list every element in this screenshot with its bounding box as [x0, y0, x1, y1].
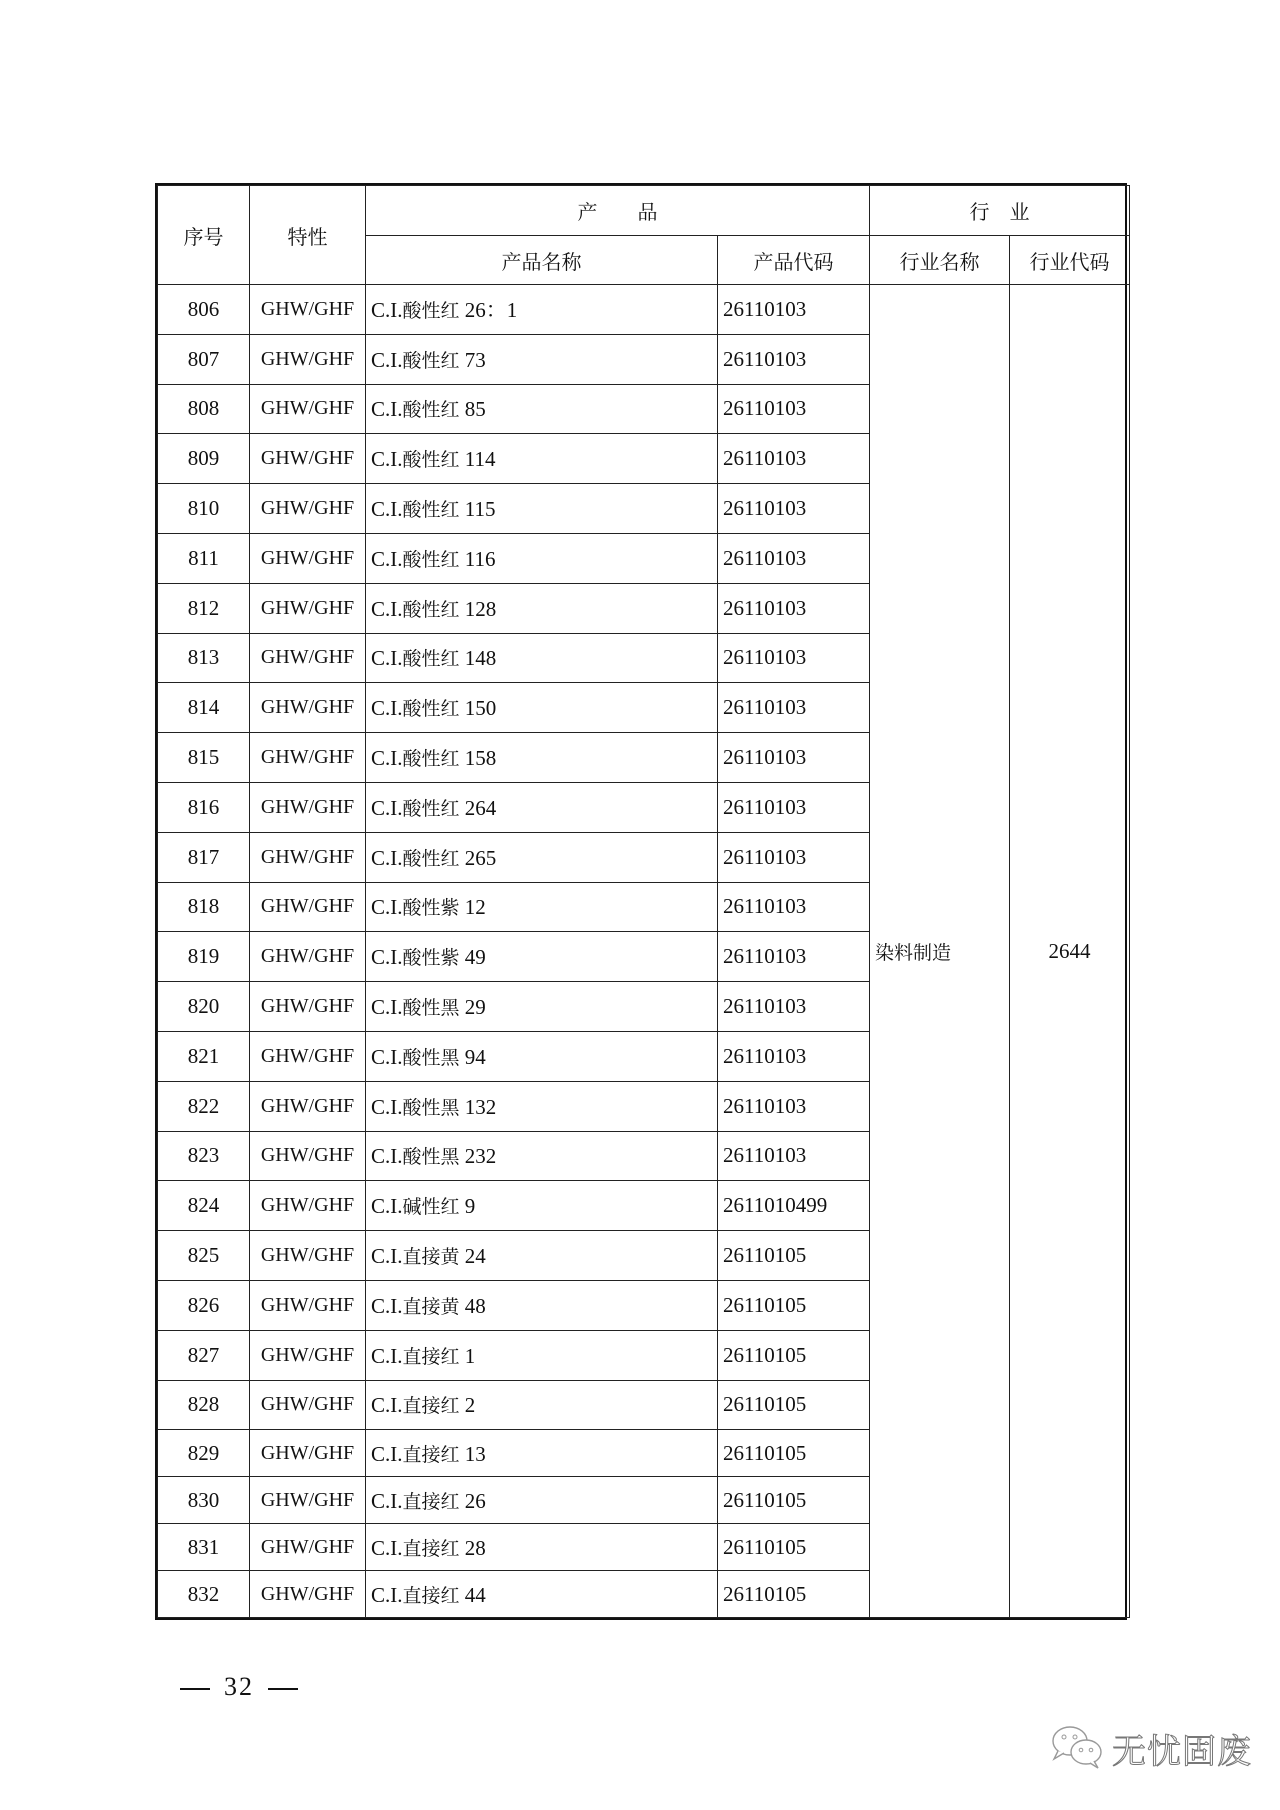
name-prefix: C.I. — [371, 1045, 403, 1069]
cell-seq: 810 — [158, 484, 250, 534]
cell-property: GHW/GHF — [250, 434, 366, 484]
cell-product-name: C.I.酸性黑 132 — [366, 1081, 718, 1131]
name-suffix: 26：1 — [460, 298, 518, 322]
cell-product-name: C.I.直接红 2 — [366, 1380, 718, 1430]
name-prefix: C.I. — [371, 1294, 403, 1318]
cell-product-name: C.I.酸性红 158 — [366, 733, 718, 783]
name-cn: 酸性红 — [403, 499, 460, 521]
cell-property: GHW/GHF — [250, 633, 366, 683]
cell-product-code: 26110105 — [718, 1231, 870, 1281]
name-suffix: 49 — [460, 945, 486, 969]
cell-seq: 829 — [158, 1430, 250, 1477]
cell-product-name: C.I.直接红 13 — [366, 1430, 718, 1477]
cell-seq: 822 — [158, 1081, 250, 1131]
cell-seq: 827 — [158, 1330, 250, 1380]
cell-property: GHW/GHF — [250, 285, 366, 335]
cell-product-name: C.I.酸性红 114 — [366, 434, 718, 484]
cell-property: GHW/GHF — [250, 1571, 366, 1618]
name-cn: 直接红 — [403, 1395, 460, 1417]
cell-product-name: C.I.酸性红 150 — [366, 683, 718, 733]
cell-property: GHW/GHF — [250, 384, 366, 434]
name-suffix: 28 — [460, 1536, 486, 1560]
cell-seq: 806 — [158, 285, 250, 335]
cell-product-name: C.I.酸性紫 49 — [366, 932, 718, 982]
name-suffix: 116 — [460, 547, 496, 571]
name-cn: 酸性紫 — [403, 947, 460, 969]
name-prefix: C.I. — [371, 1344, 403, 1368]
cell-property: GHW/GHF — [250, 882, 366, 932]
name-cn: 直接红 — [403, 1491, 460, 1513]
name-prefix: C.I. — [371, 995, 403, 1019]
name-suffix: 73 — [460, 348, 486, 372]
cell-product-name: C.I.酸性红 116 — [366, 533, 718, 583]
cell-seq: 830 — [158, 1477, 250, 1524]
cell-seq: 831 — [158, 1524, 250, 1571]
name-prefix: C.I. — [371, 1489, 403, 1513]
cell-product-name: C.I.酸性红 26：1 — [366, 285, 718, 335]
name-cn: 酸性黑 — [403, 1047, 460, 1069]
cell-property: GHW/GHF — [250, 1330, 366, 1380]
cell-product-code: 26110103 — [718, 1081, 870, 1131]
header-product-name: 产品名称 — [366, 236, 718, 285]
cell-seq: 811 — [158, 533, 250, 583]
name-prefix: C.I. — [371, 1536, 403, 1560]
name-suffix: 265 — [460, 846, 497, 870]
cell-product-code: 26110103 — [718, 733, 870, 783]
name-prefix: C.I. — [371, 796, 403, 820]
cell-seq: 826 — [158, 1280, 250, 1330]
cell-product-name: C.I.酸性红 264 — [366, 782, 718, 832]
cell-product-name: C.I.直接黄 48 — [366, 1280, 718, 1330]
cell-product-code: 26110103 — [718, 932, 870, 982]
name-suffix: 44 — [460, 1583, 486, 1607]
waste-product-table: 序号 特性 产 品 行 业 产品名称 产品代码 行业名称 行业代码 806GHW… — [155, 183, 1127, 1620]
name-cn: 酸性红 — [403, 748, 460, 770]
cell-product-code: 26110103 — [718, 982, 870, 1032]
cell-property: GHW/GHF — [250, 782, 366, 832]
name-suffix: 12 — [460, 895, 486, 919]
page-number-text: 32 — [224, 1672, 254, 1701]
cell-product-code: 26110103 — [718, 1131, 870, 1181]
cell-property: GHW/GHF — [250, 832, 366, 882]
header-property: 特性 — [250, 186, 366, 285]
name-prefix: C.I. — [371, 1244, 403, 1268]
cell-product-code: 26110103 — [718, 1031, 870, 1081]
cell-property: GHW/GHF — [250, 1380, 366, 1430]
header-product-code: 产品代码 — [718, 236, 870, 285]
name-suffix: 13 — [460, 1442, 486, 1466]
cell-product-name: C.I.酸性红 85 — [366, 384, 718, 434]
name-cn: 直接红 — [403, 1585, 460, 1607]
cell-property: GHW/GHF — [250, 1081, 366, 1131]
name-cn: 酸性红 — [403, 648, 460, 670]
name-suffix: 48 — [460, 1294, 486, 1318]
name-suffix: 132 — [460, 1095, 497, 1119]
cell-seq: 816 — [158, 782, 250, 832]
watermark: 无忧固废 — [1050, 1722, 1252, 1774]
name-cn: 酸性红 — [403, 399, 460, 421]
name-cn: 酸性红 — [403, 698, 460, 720]
cell-product-code: 26110103 — [718, 434, 870, 484]
name-suffix: 264 — [460, 796, 497, 820]
name-prefix: C.I. — [371, 1583, 403, 1607]
cell-product-name: C.I.酸性黑 29 — [366, 982, 718, 1032]
cell-product-code: 26110105 — [718, 1571, 870, 1618]
cell-product-code: 26110103 — [718, 533, 870, 583]
header-industry-name: 行业名称 — [870, 236, 1010, 285]
cell-product-code: 26110103 — [718, 882, 870, 932]
name-prefix: C.I. — [371, 945, 403, 969]
name-prefix: C.I. — [371, 846, 403, 870]
name-prefix: C.I. — [371, 746, 403, 770]
cell-product-name: C.I.酸性红 73 — [366, 334, 718, 384]
name-suffix: 94 — [460, 1045, 486, 1069]
table-body: 806GHW/GHFC.I.酸性红 26：126110103染料制造264480… — [158, 285, 1130, 1618]
name-suffix: 128 — [460, 597, 497, 621]
cell-property: GHW/GHF — [250, 1430, 366, 1477]
name-cn: 酸性红 — [403, 449, 460, 471]
cell-seq: 832 — [158, 1571, 250, 1618]
name-cn: 酸性红 — [403, 599, 460, 621]
table-row: 806GHW/GHFC.I.酸性红 26：126110103染料制造2644 — [158, 285, 1130, 335]
name-suffix: 232 — [460, 1144, 497, 1168]
cell-seq: 808 — [158, 384, 250, 434]
wechat-icon — [1050, 1724, 1106, 1772]
name-cn: 酸性黑 — [403, 1146, 460, 1168]
cell-seq: 818 — [158, 882, 250, 932]
cell-industry-name: 染料制造 — [870, 285, 1010, 1618]
cell-product-code: 26110105 — [718, 1430, 870, 1477]
cell-product-code: 26110103 — [718, 633, 870, 683]
name-cn: 酸性红 — [403, 300, 460, 322]
name-cn: 酸性黑 — [403, 1097, 460, 1119]
cell-product-name: C.I.直接黄 24 — [366, 1231, 718, 1281]
name-suffix: 85 — [460, 397, 486, 421]
name-prefix: C.I. — [371, 1095, 403, 1119]
cell-seq: 824 — [158, 1181, 250, 1231]
name-cn: 直接红 — [403, 1538, 460, 1560]
cell-product-code: 26110105 — [718, 1280, 870, 1330]
name-prefix: C.I. — [371, 1442, 403, 1466]
name-cn: 直接红 — [403, 1444, 460, 1466]
cell-product-name: C.I.酸性黑 232 — [366, 1131, 718, 1181]
name-prefix: C.I. — [371, 348, 403, 372]
cell-property: GHW/GHF — [250, 1031, 366, 1081]
cell-property: GHW/GHF — [250, 683, 366, 733]
name-suffix: 115 — [460, 497, 496, 521]
cell-seq: 828 — [158, 1380, 250, 1430]
name-cn: 直接红 — [403, 1346, 460, 1368]
cell-product-code: 26110103 — [718, 832, 870, 882]
name-suffix: 26 — [460, 1489, 486, 1513]
name-suffix: 24 — [460, 1244, 486, 1268]
cell-seq: 819 — [158, 932, 250, 982]
cell-property: GHW/GHF — [250, 1231, 366, 1281]
name-prefix: C.I. — [371, 547, 403, 571]
header-seq: 序号 — [158, 186, 250, 285]
cell-property: GHW/GHF — [250, 1181, 366, 1231]
cell-product-code: 26110103 — [718, 484, 870, 534]
cell-seq: 820 — [158, 982, 250, 1032]
cell-product-name: C.I.酸性红 115 — [366, 484, 718, 534]
name-suffix: 9 — [460, 1194, 476, 1218]
cell-seq: 807 — [158, 334, 250, 384]
cell-product-code: 26110105 — [718, 1477, 870, 1524]
cell-property: GHW/GHF — [250, 733, 366, 783]
cell-property: GHW/GHF — [250, 1477, 366, 1524]
cell-product-name: C.I.直接红 28 — [366, 1524, 718, 1571]
cell-product-name: C.I.酸性红 148 — [366, 633, 718, 683]
name-prefix: C.I. — [371, 497, 403, 521]
name-prefix: C.I. — [371, 1144, 403, 1168]
cell-product-code: 26110103 — [718, 334, 870, 384]
name-prefix: C.I. — [371, 696, 403, 720]
name-suffix: 158 — [460, 746, 497, 770]
cell-seq: 825 — [158, 1231, 250, 1281]
name-prefix: C.I. — [371, 1194, 403, 1218]
cell-property: GHW/GHF — [250, 1131, 366, 1181]
header-industry-code: 行业代码 — [1010, 236, 1130, 285]
name-cn: 酸性黑 — [403, 997, 460, 1019]
cell-product-code: 26110103 — [718, 583, 870, 633]
cell-product-code: 26110103 — [718, 384, 870, 434]
cell-property: GHW/GHF — [250, 583, 366, 633]
watermark-text: 无忧固废 — [1112, 1724, 1252, 1773]
cell-industry-code: 2644 — [1010, 285, 1130, 1618]
cell-property: GHW/GHF — [250, 533, 366, 583]
name-cn: 酸性红 — [403, 848, 460, 870]
cell-product-code: 26110105 — [718, 1380, 870, 1430]
cell-product-code: 26110105 — [718, 1330, 870, 1380]
name-cn: 酸性红 — [403, 798, 460, 820]
name-prefix: C.I. — [371, 1393, 403, 1417]
name-cn: 酸性紫 — [403, 897, 460, 919]
name-cn: 直接黄 — [403, 1246, 460, 1268]
cell-product-code: 26110103 — [718, 782, 870, 832]
name-prefix: C.I. — [371, 597, 403, 621]
cell-property: GHW/GHF — [250, 932, 366, 982]
cell-product-name: C.I.酸性黑 94 — [366, 1031, 718, 1081]
dash-left — [180, 1688, 210, 1690]
name-suffix: 148 — [460, 646, 497, 670]
cell-product-name: C.I.碱性红 9 — [366, 1181, 718, 1231]
cell-product-name: C.I.酸性红 265 — [366, 832, 718, 882]
name-prefix: C.I. — [371, 447, 403, 471]
cell-property: GHW/GHF — [250, 982, 366, 1032]
cell-seq: 809 — [158, 434, 250, 484]
name-suffix: 29 — [460, 995, 486, 1019]
cell-seq: 814 — [158, 683, 250, 733]
header-industry-group: 行 业 — [870, 186, 1130, 236]
cell-product-code: 26110103 — [718, 285, 870, 335]
name-suffix: 114 — [460, 447, 496, 471]
cell-product-name: C.I.直接红 44 — [366, 1571, 718, 1618]
name-suffix: 1 — [460, 1344, 476, 1368]
cell-product-name: C.I.直接红 26 — [366, 1477, 718, 1524]
name-cn: 酸性红 — [403, 549, 460, 571]
cell-seq: 821 — [158, 1031, 250, 1081]
cell-seq: 815 — [158, 733, 250, 783]
name-cn: 直接黄 — [403, 1296, 460, 1318]
page-number: 32 — [166, 1672, 312, 1702]
cell-seq: 812 — [158, 583, 250, 633]
dash-right — [268, 1688, 298, 1690]
cell-property: GHW/GHF — [250, 484, 366, 534]
cell-seq: 817 — [158, 832, 250, 882]
header-product-group: 产 品 — [366, 186, 870, 236]
cell-seq: 813 — [158, 633, 250, 683]
name-cn: 酸性红 — [403, 350, 460, 372]
name-suffix: 150 — [460, 696, 497, 720]
cell-product-name: C.I.直接红 1 — [366, 1330, 718, 1380]
name-prefix: C.I. — [371, 895, 403, 919]
name-prefix: C.I. — [371, 397, 403, 421]
cell-product-name: C.I.酸性紫 12 — [366, 882, 718, 932]
name-suffix: 2 — [460, 1393, 476, 1417]
cell-product-code: 26110103 — [718, 683, 870, 733]
cell-seq: 823 — [158, 1131, 250, 1181]
cell-property: GHW/GHF — [250, 334, 366, 384]
cell-property: GHW/GHF — [250, 1280, 366, 1330]
cell-property: GHW/GHF — [250, 1524, 366, 1571]
name-cn: 碱性红 — [403, 1196, 460, 1218]
cell-product-name: C.I.酸性红 128 — [366, 583, 718, 633]
name-prefix: C.I. — [371, 298, 403, 322]
name-prefix: C.I. — [371, 646, 403, 670]
cell-product-code: 26110105 — [718, 1524, 870, 1571]
cell-product-code: 2611010499 — [718, 1181, 870, 1231]
